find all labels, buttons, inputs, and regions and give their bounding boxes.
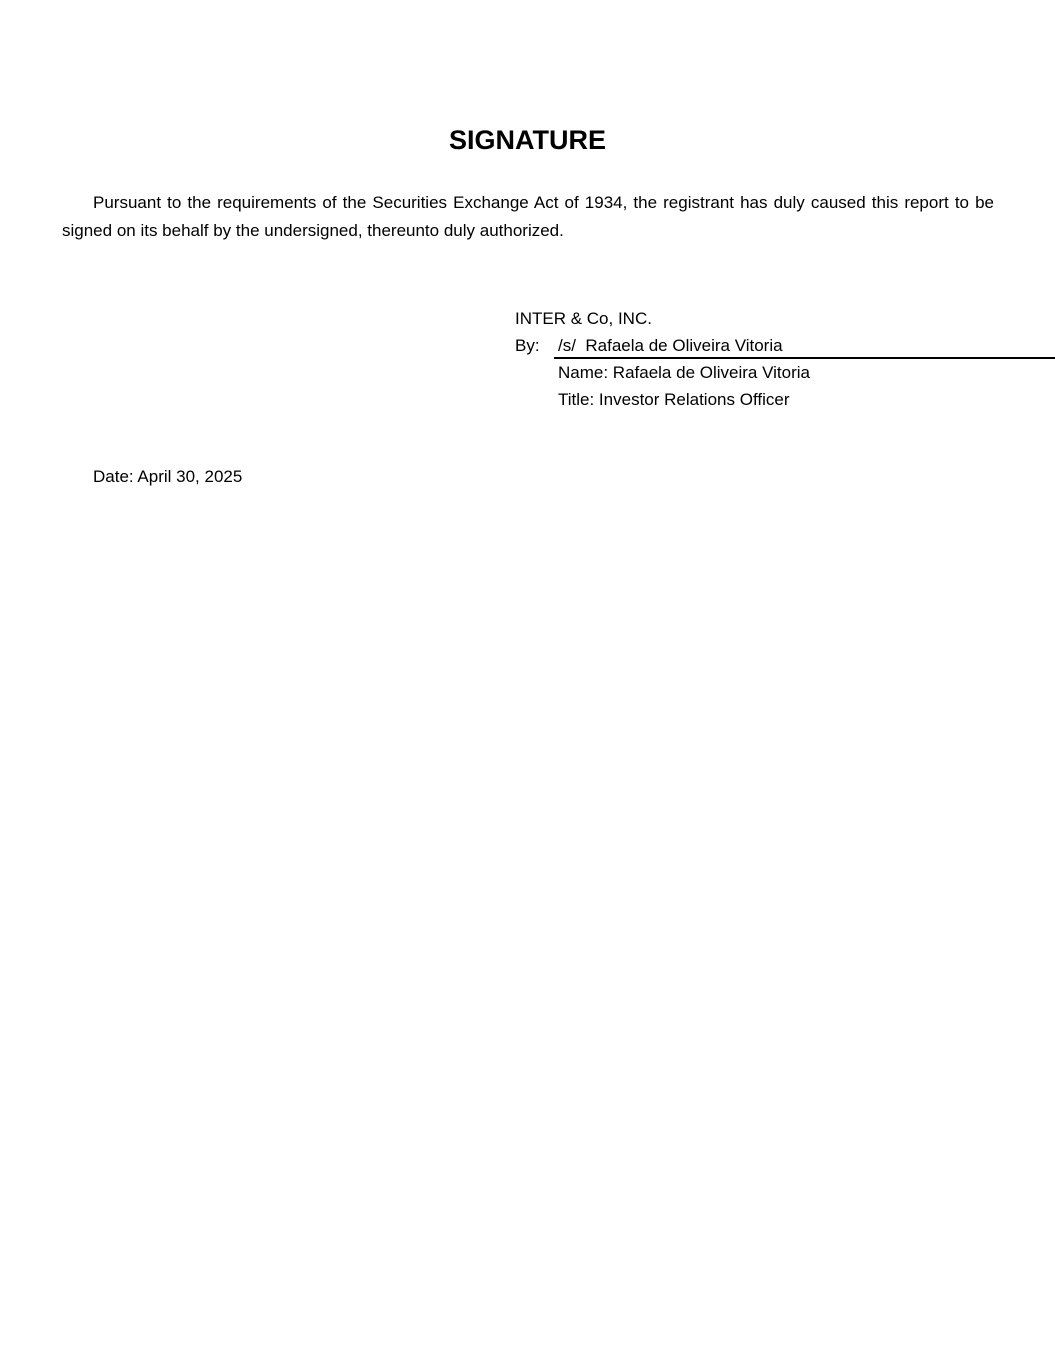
signature-text: /s/ Rafaela de Oliveira Vitoria	[558, 332, 783, 359]
authorization-paragraph: Pursuant to the requirements of the Secu…	[62, 189, 994, 245]
signatory-title: Title: Investor Relations Officer	[558, 386, 789, 413]
company-name: INTER & Co, INC.	[515, 305, 652, 332]
by-label: By:	[515, 332, 540, 359]
page-title: SIGNATURE	[0, 122, 1055, 158]
signatory-name: Name: Rafaela de Oliveira Vitoria	[558, 359, 810, 386]
signature-date: Date: April 30, 2025	[93, 463, 242, 490]
